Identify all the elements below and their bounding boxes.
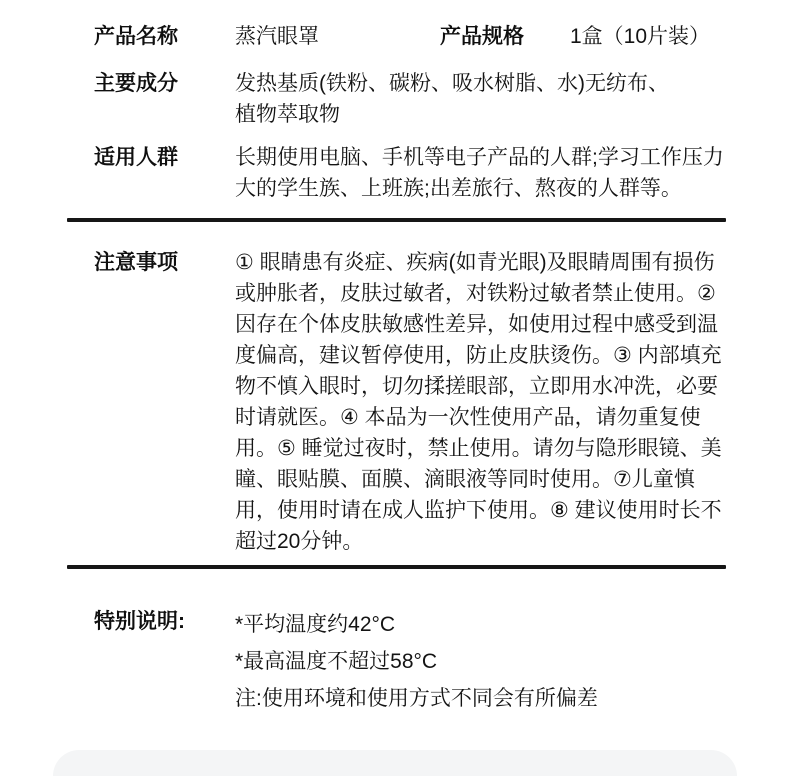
next-section-card-top bbox=[53, 750, 737, 776]
row-target-audience: 适用人群 长期使用电脑、手机等电子产品的人群;学习工作压力 大的学生族、上班族;… bbox=[94, 142, 735, 204]
section-divider-top bbox=[67, 218, 726, 222]
precautions-label: 注意事项 bbox=[94, 247, 235, 278]
row-product-name-spec: 产品名称 蒸汽眼罩 产品规格 1盒（10片装） bbox=[94, 21, 735, 52]
ingredients-label: 主要成分 bbox=[94, 68, 235, 99]
special-notes-list: *平均温度约42°C *最高温度不超过58°C 注:使用环境和使用方式不同会有所… bbox=[235, 606, 735, 717]
product-spec-label: 产品规格 bbox=[440, 21, 570, 52]
section-divider-bottom bbox=[67, 565, 726, 569]
row-special-notes: 特别说明: *平均温度约42°C *最高温度不超过58°C 注:使用环境和使用方… bbox=[94, 606, 735, 717]
special-notes-label: 特别说明: bbox=[94, 606, 235, 637]
product-spec-value: 1盒（10片装） bbox=[570, 21, 735, 52]
row-precautions: 注意事项 ① 眼睛患有炎症、疾病(如青光眼)及眼睛周围有损伤或肿胀者，皮肤过敏者… bbox=[94, 247, 735, 557]
audience-value: 长期使用电脑、手机等电子产品的人群;学习工作压力 大的学生族、上班族;出差旅行、… bbox=[235, 142, 735, 204]
special-note-avg-temp: *平均温度约42°C bbox=[235, 606, 735, 643]
ingredients-value: 发热基质(铁粉、碳粉、吸水树脂、水)无纺布、 植物萃取物 bbox=[235, 68, 735, 130]
special-note-disclaimer: 注:使用环境和使用方式不同会有所偏差 bbox=[235, 680, 735, 717]
product-name-label: 产品名称 bbox=[94, 21, 235, 52]
product-spec-sheet: 产品名称 蒸汽眼罩 产品规格 1盒（10片装） 主要成分 发热基质(铁粉、碳粉、… bbox=[0, 0, 790, 717]
precautions-value: ① 眼睛患有炎症、疾病(如青光眼)及眼睛周围有损伤或肿胀者，皮肤过敏者，对铁粉过… bbox=[235, 247, 735, 557]
audience-label: 适用人群 bbox=[94, 142, 235, 173]
product-name-value: 蒸汽眼罩 bbox=[235, 21, 440, 52]
row-main-ingredients: 主要成分 发热基质(铁粉、碳粉、吸水树脂、水)无纺布、 植物萃取物 bbox=[94, 68, 735, 130]
special-note-max-temp: *最高温度不超过58°C bbox=[235, 643, 735, 680]
